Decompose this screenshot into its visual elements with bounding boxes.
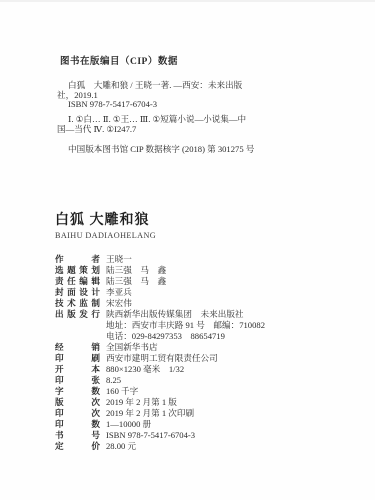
colophon-row-value: 160 千字 bbox=[106, 386, 138, 397]
colophon-row: 地址：西安市丰庆路 91 号 邮编：710082 bbox=[55, 320, 335, 331]
colophon-row-label: 封面设计 bbox=[55, 287, 100, 298]
colophon-row-value: 王晓一 bbox=[106, 254, 132, 265]
cip-line-isbn: ISBN 978-7-5417-6704-3 bbox=[57, 100, 319, 110]
colophon-row-label: 经 销 bbox=[55, 342, 100, 353]
colophon-row-value: 2019 年 2 月第 1 版 bbox=[106, 397, 177, 408]
colophon-row-value: 陆三强 马 鑫 bbox=[106, 265, 166, 276]
colophon-row: 版 次 2019 年 2 月第 1 版 bbox=[55, 397, 335, 408]
colophon-row: 作 者 王晓一 bbox=[55, 254, 335, 265]
colophon-row-value: 2019 年 2 月第 1 次印刷 bbox=[106, 408, 194, 419]
colophon-row: 选题策划 陆三强 马 鑫 bbox=[55, 265, 335, 276]
colophon-row-label: 作 者 bbox=[55, 254, 100, 265]
colophon-row-value: 电话：029-84297353 88654719 bbox=[106, 331, 225, 342]
colophon-row-label: 开 本 bbox=[55, 364, 100, 375]
cip-header: 图书在版编目（CIP）数据 bbox=[60, 53, 319, 67]
colophon-row: 书 号 ISBN 978-7-5417-6704-3 bbox=[55, 430, 335, 441]
colophon-row-label: 版 次 bbox=[55, 397, 100, 408]
colophon-row-label: 印 张 bbox=[55, 375, 100, 386]
book-title: 白狐 大雕和狼 bbox=[55, 209, 156, 229]
colophon-row-value: 全国新华书店 bbox=[106, 342, 158, 353]
colophon-row: 电话：029-84297353 88654719 bbox=[55, 331, 335, 342]
colophon-row-value: ISBN 978-7-5417-6704-3 bbox=[106, 430, 195, 441]
colophon-row-label: 出版发行 bbox=[55, 309, 100, 320]
colophon-row-label bbox=[55, 320, 100, 331]
copyright-page: 图书在版编目（CIP）数据 白狐 大雕和狼 / 王晓一著. —西安：未来出版 社… bbox=[0, 0, 375, 500]
colophon-row-label: 印 次 bbox=[55, 408, 100, 419]
colophon-row: 出版发行 陕西新华出版传媒集团 未来出版社 bbox=[55, 309, 335, 320]
colophon-row: 技术监制 宋宏伟 bbox=[55, 298, 335, 309]
colophon-row: 开 本 880×1230 毫米 1/32 bbox=[55, 364, 335, 375]
colophon-row: 印 张 8.25 bbox=[55, 375, 335, 386]
colophon-row-label: 责任编辑 bbox=[55, 276, 100, 287]
colophon-row-value: 880×1230 毫米 1/32 bbox=[106, 364, 184, 375]
colophon-row-value: 1—10000 册 bbox=[106, 419, 151, 430]
title-block: 白狐 大雕和狼 BAIHU DADIAOHELANG bbox=[55, 209, 156, 240]
colophon-row-label: 书 号 bbox=[55, 430, 100, 441]
colophon-row-value: 8.25 bbox=[106, 375, 121, 386]
colophon-row-value: 28.00 元 bbox=[106, 441, 136, 452]
colophon-row-value: 陆三强 马 鑫 bbox=[106, 276, 166, 287]
colophon-row-label: 技术监制 bbox=[55, 298, 100, 309]
colophon-table: 作 者 王晓一 选题策划 陆三强 马 鑫 责任编辑 陆三强 马 鑫 封面设计 李… bbox=[55, 254, 335, 452]
cip-line-classification-cont: 国—当代 Ⅳ. ①I247.7 bbox=[57, 125, 319, 135]
cip-data-block: 图书在版编目（CIP）数据 白狐 大雕和狼 / 王晓一著. —西安：未来出版 社… bbox=[57, 53, 319, 154]
colophon-row: 责任编辑 陆三强 马 鑫 bbox=[55, 276, 335, 287]
colophon-row-label bbox=[55, 331, 100, 342]
colophon-row-label: 字 数 bbox=[55, 386, 100, 397]
colophon-row: 印 数 1—10000 册 bbox=[55, 419, 335, 430]
colophon-row: 封面设计 李亚兵 bbox=[55, 287, 335, 298]
colophon-row-value: 陕西新华出版传媒集团 未来出版社 bbox=[106, 309, 244, 320]
colophon-row: 印 次 2019 年 2 月第 1 次印刷 bbox=[55, 408, 335, 419]
colophon-row-value: 宋宏伟 bbox=[106, 298, 132, 309]
book-title-romanized: BAIHU DADIAOHELANG bbox=[55, 231, 156, 240]
colophon-row-value: 李亚兵 bbox=[106, 287, 132, 298]
colophon-row: 经 销 全国新华书店 bbox=[55, 342, 335, 353]
colophon-row-value: 西安市建明工贸有限责任公司 bbox=[106, 353, 218, 364]
colophon-row-label: 选题策划 bbox=[55, 265, 100, 276]
colophon-row-label: 印 数 bbox=[55, 419, 100, 430]
colophon-row: 印 刷 西安市建明工贸有限责任公司 bbox=[55, 353, 335, 364]
colophon-row: 定 价 28.00 元 bbox=[55, 441, 335, 452]
colophon-row-label: 定 价 bbox=[55, 441, 100, 452]
cip-line-record-number: 中国版本图书馆 CIP 数据核字 (2018) 第 301275 号 bbox=[57, 145, 319, 155]
colophon-row-value: 地址：西安市丰庆路 91 号 邮编：710082 bbox=[106, 320, 265, 331]
colophon-row-label: 印 刷 bbox=[55, 353, 100, 364]
colophon-row: 字 数 160 千字 bbox=[55, 386, 335, 397]
